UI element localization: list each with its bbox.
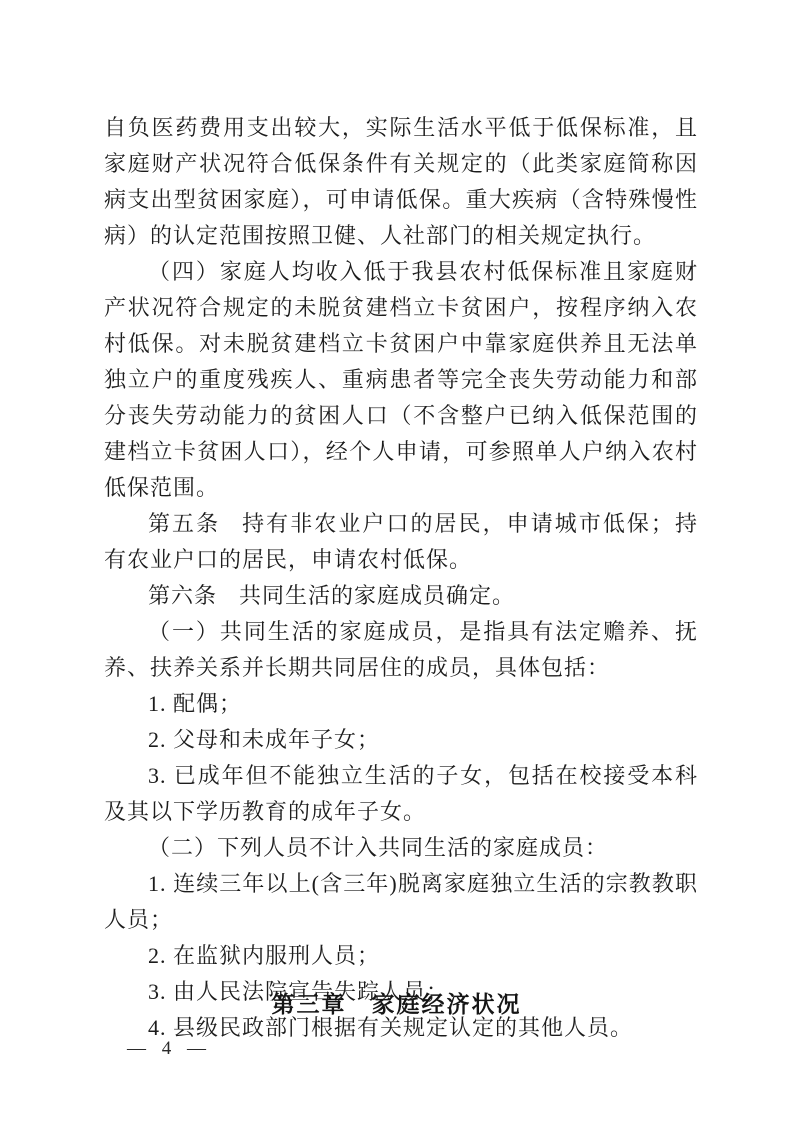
body-paragraph: 第六条共同生活的家庭成员确定。 [104,578,698,614]
paragraph-text: 1. 连续三年以上(含三年)脱离家庭独立生活的宗教教职人员； [104,871,698,932]
article-number: 第五条 [148,511,220,536]
paragraph-text: 2. 父母和未成年子女； [148,727,380,752]
body-paragraph: （一）共同生活的家庭成员，是指具有法定赡养、抚养、扶养关系并长期共同居住的成员，… [104,614,698,686]
body-paragraph: （四）家庭人均收入低于我县农村低保标准且家庭财产状况符合规定的未脱贫建档立卡贫困… [104,254,698,506]
page-number: — 4 — [127,1038,209,1060]
article-number: 第六条 [148,583,217,608]
document-body: 自负医药费用支出较大，实际生活水平低于低保标准，且家庭财产状况符合低保条件有关规… [104,110,698,1046]
paragraph-text: 2. 在监狱内服刑人员； [148,943,380,968]
paragraph-text: 自负医药费用支出较大，实际生活水平低于低保标准，且家庭财产状况符合低保条件有关规… [104,115,698,248]
chapter-heading: 第三章 家庭经济状况 [0,989,793,1019]
paragraph-text: （四）家庭人均收入低于我县农村低保标准且家庭财产状况符合规定的未脱贫建档立卡贫困… [104,259,698,500]
document-page: 自负医药费用支出较大，实际生活水平低于低保标准，且家庭财产状况符合低保条件有关规… [0,0,793,1122]
paragraph-text: （二）下列人员不计入共同生活的家庭成员： [148,835,608,860]
paragraph-text: 3. 已成年但不能独立生活的子女，包括在校接受本科及其以下学历教育的成年子女。 [104,763,698,824]
body-paragraph: 自负医药费用支出较大，实际生活水平低于低保标准，且家庭财产状况符合低保条件有关规… [104,110,698,254]
body-paragraph: 第五条持有非农业户口的居民，申请城市低保；持有农业户口的居民，申请农村低保。 [104,506,698,578]
body-paragraph: 1. 连续三年以上(含三年)脱离家庭独立生活的宗教教职人员； [104,866,698,938]
body-paragraph: 3. 已成年但不能独立生活的子女，包括在校接受本科及其以下学历教育的成年子女。 [104,758,698,830]
paragraph-text: （一）共同生活的家庭成员，是指具有法定赡养、抚养、扶养关系并长期共同居住的成员，… [104,619,698,680]
paragraph-text: 共同生活的家庭成员确定。 [239,583,515,608]
body-paragraph: 2. 在监狱内服刑人员； [104,938,698,974]
paragraph-text: 1. 配偶； [148,691,242,716]
body-paragraph: 1. 配偶； [104,686,698,722]
body-paragraph: （二）下列人员不计入共同生活的家庭成员： [104,830,698,866]
body-paragraph: 2. 父母和未成年子女； [104,722,698,758]
